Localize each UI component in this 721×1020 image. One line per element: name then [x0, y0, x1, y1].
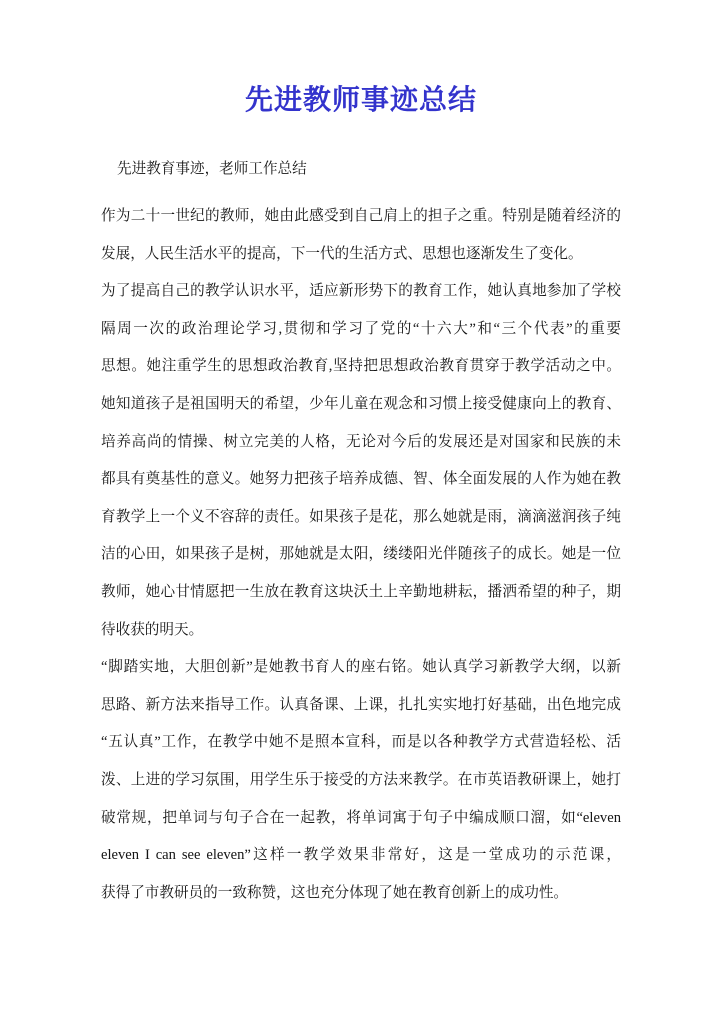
text-line: 都具有奠基性的意义。她努力把孩子培养成德、智、体全面发展的人作为她在教: [101, 461, 621, 499]
document-page: 先进教师事迹总结 先进教育事迹，老师工作总结 作为二十一世纪的教师，她由此感受到…: [0, 0, 721, 1020]
text-line: 洁的心田，如果孩子是树，那她就是太阳，缕缕阳光伴随孩子的成长。她是一位: [101, 536, 621, 574]
text-line: 破常规，把单词与句子合在一起教，将单词寓于句子中编成顺口溜，如“eleven: [101, 800, 621, 838]
text-line: “五认真”工作，在教学中她不是照本宣科，而是以各种教学方式营造轻松、活: [101, 724, 621, 762]
text-line: 她知道孩子是祖国明天的希望，少年儿童在观念和习惯上接受健康向上的教育、: [101, 386, 621, 424]
text-line: eleven I can see eleven”这样一教学效果非常好，这是一堂成…: [101, 837, 621, 875]
text-line: 育教学上一个义不容辞的责任。如果孩子是花，那么她就是雨，滴滴滋润孩子纯: [101, 499, 621, 537]
document-body: 作为二十一世纪的教师，她由此感受到自己肩上的担子之重。特别是随着经济的发展，人民…: [101, 198, 621, 912]
text-line: 作为二十一世纪的教师，她由此感受到自己肩上的担子之重。特别是随着经济的: [101, 198, 621, 236]
text-line: 思想。她注重学生的思想政治教育,坚持把思想政治教育贯穿于教学活动之中。: [101, 348, 621, 386]
text-line: 获得了市教研员的一致称赞，这也充分体现了她在教育创新上的成功性。: [101, 875, 621, 913]
text-line: 待收获的明天。: [101, 612, 621, 650]
text-line: 发展，人民生活水平的提高，下一代的生活方式、思想也逐渐发生了变化。: [101, 236, 621, 274]
text-line: 为了提高自己的教学认识水平，适应新形势下的教育工作，她认真地参加了学校: [101, 273, 621, 311]
text-line: 泼、上进的学习氛围，用学生乐于接受的方法来教学。在市英语教研课上，她打: [101, 762, 621, 800]
document-title: 先进教师事迹总结: [101, 84, 621, 118]
document-subtitle: 先进教育事迹，老师工作总结: [101, 154, 621, 184]
text-line: 隔周一次的政治理论学习,贯彻和学习了党的“十六大”和“三个代表”的重要: [101, 311, 621, 349]
text-line: “脚踏实地，大胆创新”是她教书育人的座右铭。她认真学习新教学大纲，以新: [101, 649, 621, 687]
text-line: 教师，她心甘情愿把一生放在教育这块沃土上辛勤地耕耘，播洒希望的种子，期: [101, 574, 621, 612]
text-line: 思路、新方法来指导工作。认真备课、上课，扎扎实实地打好基础，出色地完成: [101, 687, 621, 725]
text-line: 培养高尚的情操、树立完美的人格，无论对今后的发展还是对国家和民族的未来，: [101, 424, 621, 462]
